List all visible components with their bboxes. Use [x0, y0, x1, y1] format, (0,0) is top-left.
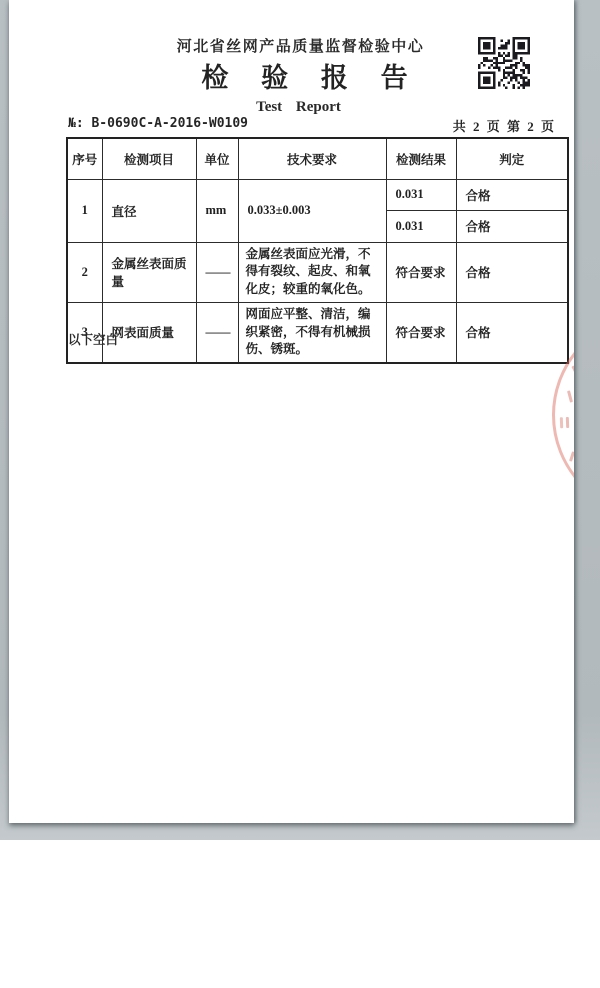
- report-page: 河北省丝网产品质量监督检验中心 检 验 报 告 Test Report №: B…: [9, 0, 574, 823]
- cell-requirement-2: 金属丝表面应光滑，不得有裂纹、起皮、和氧化皮；较重的氧化色。: [238, 242, 386, 302]
- table-header-row: 序号 检测项目 单位 技术要求 检测结果 判定: [67, 138, 568, 179]
- table-row: 1 直径 mm 0.033±0.003 0.031 合格: [67, 179, 568, 210]
- col-header-unit: 单位: [196, 138, 238, 179]
- cell-no-2: 2: [67, 242, 102, 302]
- seal-glyph-mark: [566, 417, 569, 428]
- qr-code-svg: [478, 37, 530, 89]
- seal-glyph-mark: [567, 390, 573, 402]
- test-results-table: 序号 检测项目 单位 技术要求 检测结果 判定 1 直径 mm 0.033±0.…: [66, 137, 569, 364]
- cell-verdict-3: 合格: [456, 302, 568, 363]
- cell-item-1: 直径: [102, 179, 196, 242]
- col-header-result: 检测结果: [386, 138, 456, 179]
- cell-verdict-2: 合格: [456, 242, 568, 302]
- col-header-no: 序号: [67, 138, 102, 179]
- cell-requirement-3: 网面应平整、清洁，编织紧密，不得有机械损伤、锈斑。: [238, 302, 386, 363]
- cell-requirement-1: 0.033±0.003: [238, 179, 386, 242]
- cell-verdict-1b: 合格: [456, 210, 568, 242]
- col-header-requirement: 技术要求: [238, 138, 386, 179]
- blank-below-note: 以下空白: [68, 330, 118, 348]
- table-row: 3 网表面质量 —— 网面应平整、清洁，编织紧密，不得有机械损伤、锈斑。 符合要…: [67, 302, 568, 363]
- cell-no-1: 1: [67, 179, 102, 242]
- cell-result-3: 符合要求: [386, 302, 456, 363]
- page-subtitle-english: Test Report: [9, 99, 574, 116]
- cell-result-1a: 0.031: [386, 179, 456, 210]
- table-row: 2 金属丝表面质量 —— 金属丝表面应光滑，不得有裂纹、起皮、和氧化皮；较重的氧…: [67, 242, 568, 302]
- cell-unit-3: ——: [196, 302, 238, 363]
- scanned-document-viewport: 河北省丝网产品质量监督检验中心 检 验 报 告 Test Report №: B…: [0, 0, 600, 988]
- col-header-verdict: 判定: [456, 138, 568, 179]
- qr-code-icon: [478, 37, 530, 89]
- cell-verdict-1a: 合格: [456, 179, 568, 210]
- seal-glyph-mark: [571, 365, 574, 375]
- cell-item-2: 金属丝表面质量: [102, 242, 196, 302]
- report-number: №: B-0690C-A-2016-W0109: [68, 116, 248, 131]
- seal-glyph-mark: [569, 451, 574, 461]
- cell-unit-2: ——: [196, 242, 238, 302]
- cell-unit-1: mm: [196, 179, 238, 242]
- cell-result-2: 符合要求: [386, 242, 456, 302]
- cell-result-1b: 0.031: [386, 210, 456, 242]
- col-header-item: 检测项目: [102, 138, 196, 179]
- page-count: 共 2 页 第 2 页: [453, 116, 556, 135]
